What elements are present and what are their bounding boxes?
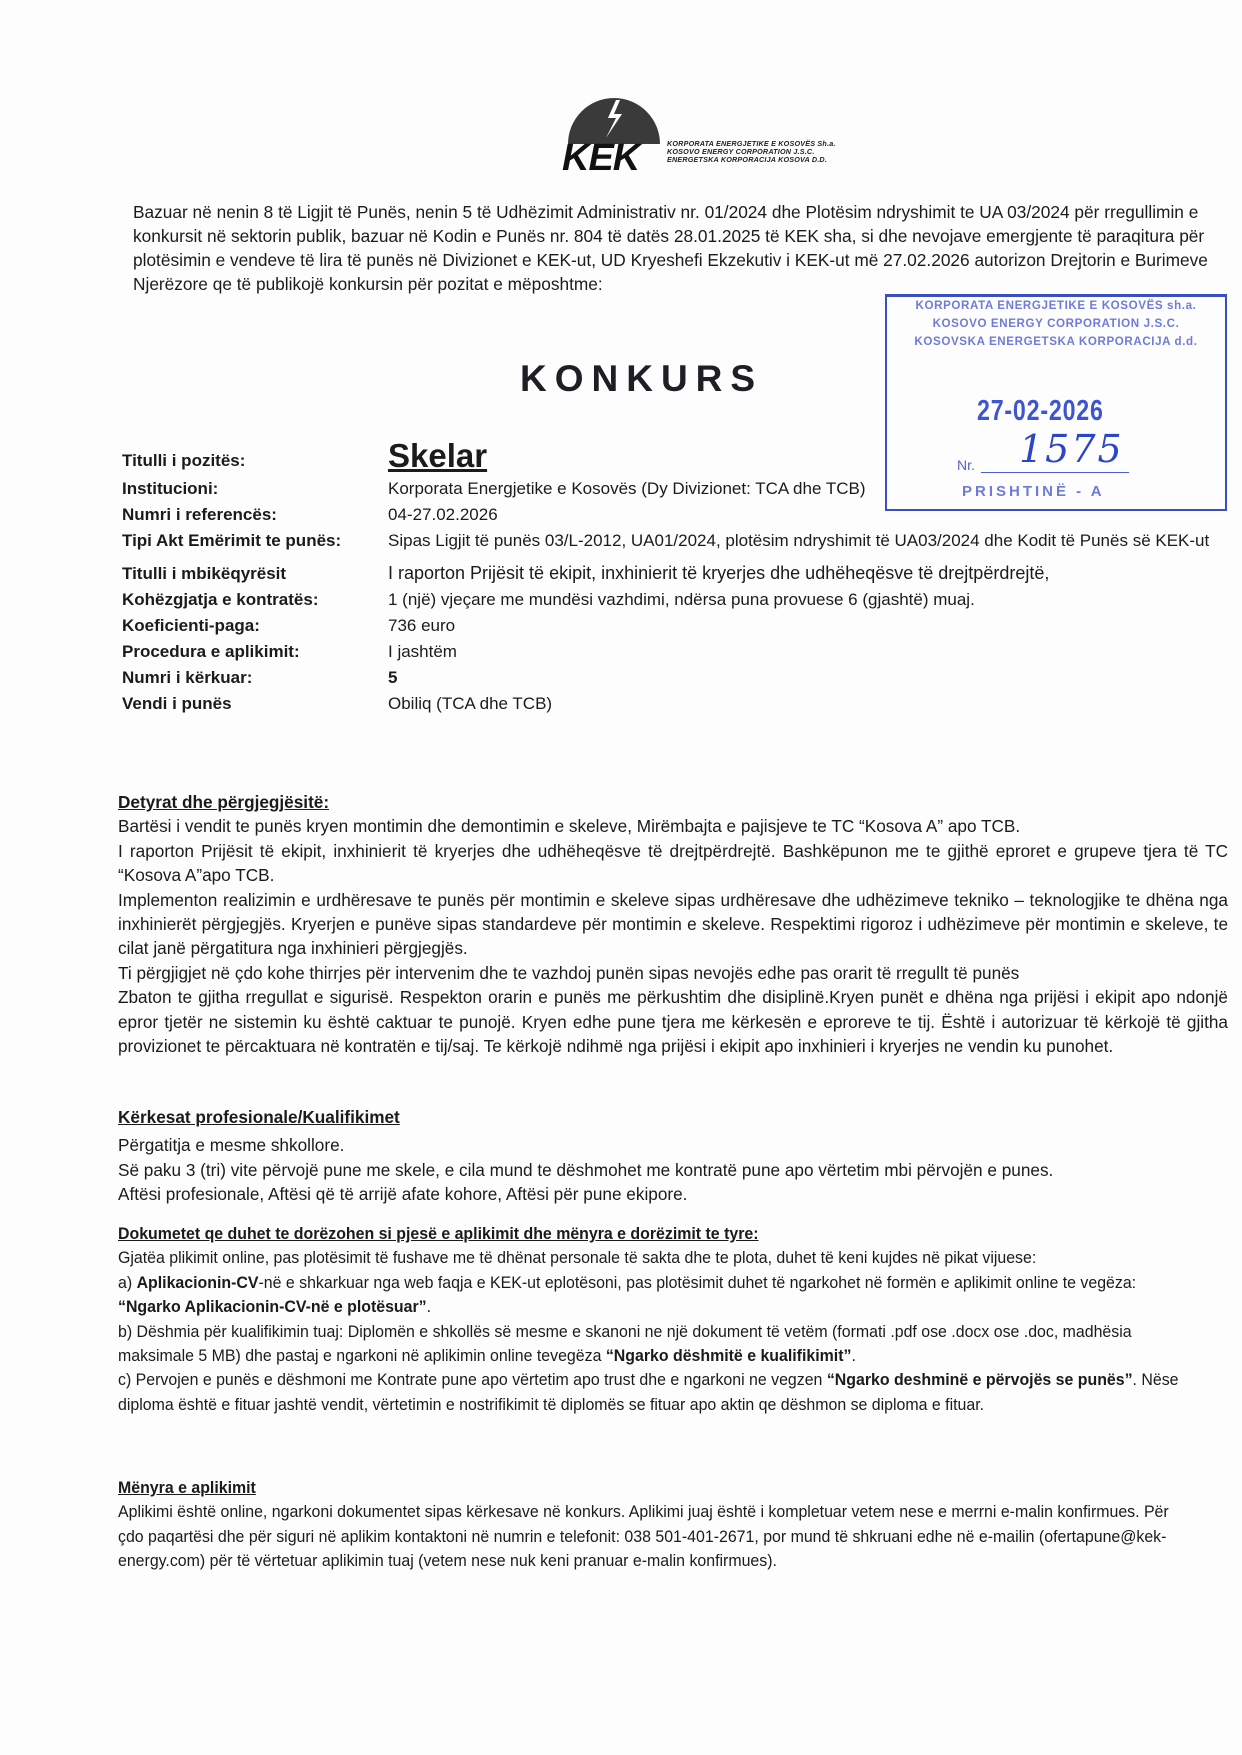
document-page: KEK KORPORATA ENERGJETIKE E KOSOVËS Sh.a… — [0, 0, 1242, 1755]
documents-item-c: c) Pervojen e punës e dëshmoni me Kontra… — [118, 1368, 1195, 1417]
documents-section: Dokumetet qe duhet te dorëzohen si pjesë… — [118, 1222, 1195, 1417]
stamp-date: 27-02-2026 — [977, 395, 1104, 428]
detail-row: Titulli i pozitës: Skelar — [122, 436, 1222, 476]
duties-section: Detyrat dhe përgjegjësitë: Bartësi i ven… — [118, 790, 1228, 1058]
section-heading: Detyrat dhe përgjegjësitë: — [118, 790, 1228, 814]
detail-row: Kohëzgjatja e kontratës: 1 (një) vjeçare… — [122, 589, 1222, 610]
detail-row: Koeficienti-paga: 736 euro — [122, 615, 1222, 636]
svg-text:KEK: KEK — [562, 137, 643, 172]
detail-row: Vendi i punës Obiliq (TCA dhe TCB) — [122, 693, 1222, 714]
section-heading: Mënyra e aplikimit — [118, 1476, 1195, 1500]
detail-row: Institucioni: Korporata Energjetike e Ko… — [122, 478, 1222, 499]
section-heading: Dokumetet qe duhet te dorëzohen si pjesë… — [118, 1222, 1195, 1246]
page-title: KONKURS — [520, 358, 763, 400]
position-title: Skelar — [388, 436, 1222, 476]
position-details: Titulli i pozitës: Skelar Institucioni: … — [122, 436, 1222, 714]
detail-row: Titulli i mbikëqyrësit I raporton Prijës… — [122, 563, 1222, 584]
detail-row: Numri i referencës: 04-27.02.2026 — [122, 504, 1222, 525]
kek-logo: KEK KORPORATA ENERGJETIKE E KOSOVËS Sh.a… — [560, 92, 820, 182]
section-heading: Kërkesat profesionale/Kualifikimet — [118, 1105, 1228, 1129]
detail-row: Tipi Akt Emërimit te punës: Sipas Ligjit… — [122, 530, 1222, 551]
documents-item-a: a) Aplikacionin-CV-në e shkarkuar nga we… — [118, 1271, 1195, 1320]
lightning-bolt-icon: KEK — [560, 92, 670, 172]
application-section: Mënyra e aplikimit Aplikimi është online… — [118, 1476, 1195, 1574]
detail-row: Procedura e aplikimit: I jashtëm — [122, 641, 1222, 662]
logo-subtitle: KORPORATA ENERGJETIKE E KOSOVËS Sh.a. KO… — [667, 140, 836, 164]
intro-paragraph: Bazuar në nenin 8 të Ligjit të Punës, ne… — [133, 200, 1223, 296]
requirements-section: Kërkesat profesionale/Kualifikimet Përga… — [118, 1105, 1228, 1207]
detail-row: Numri i kërkuar: 5 — [122, 667, 1222, 688]
documents-item-b: b) Dëshmia për kualifikimin tuaj: Diplom… — [118, 1320, 1195, 1369]
